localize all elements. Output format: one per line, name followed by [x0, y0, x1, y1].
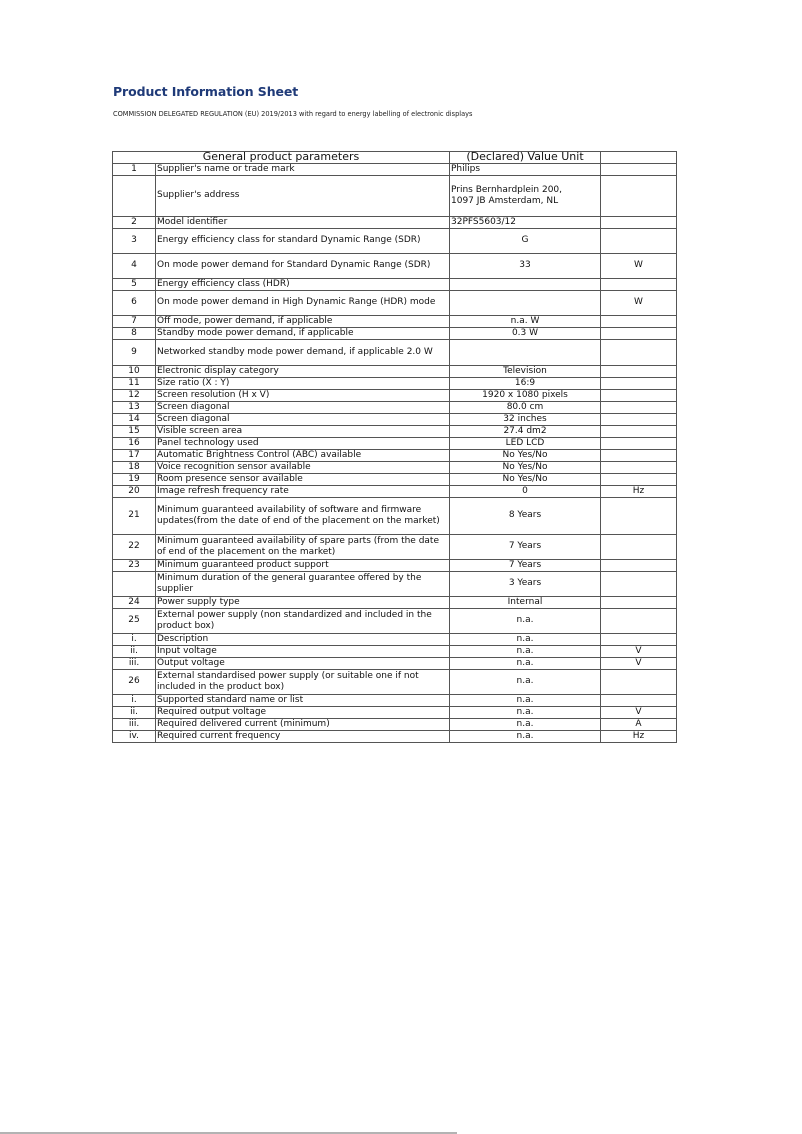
row-parameter: Required current frequency — [156, 730, 450, 742]
row-parameter: Energy efficiency class for standard Dyn… — [156, 228, 450, 253]
row-parameter: Input voltage — [156, 645, 450, 657]
row-number: iii. — [113, 718, 156, 730]
row-number: 8 — [113, 327, 156, 339]
row-parameter: Screen resolution (H x V) — [156, 389, 450, 401]
row-value: G — [450, 228, 601, 253]
row-value: 8 Years — [450, 497, 601, 534]
table-row: 17Automatic Brightness Control (ABC) ava… — [113, 449, 677, 461]
table-row: 14Screen diagonal32 inches — [113, 413, 677, 425]
row-unit — [601, 401, 677, 413]
row-parameter: External power supply (non standardized … — [156, 608, 450, 633]
table-row: Supplier's addressPrins Bernhardplein 20… — [113, 175, 677, 216]
row-number: ii. — [113, 706, 156, 718]
row-parameter: Networked standby mode power demand, if … — [156, 339, 450, 365]
row-number: 9 — [113, 339, 156, 365]
row-value: No Yes/No — [450, 449, 601, 461]
row-value: No Yes/No — [450, 461, 601, 473]
table-row: 18Voice recognition sensor availableNo Y… — [113, 461, 677, 473]
regulation-subtitle: COMMISSION DELEGATED REGULATION (EU) 201… — [113, 110, 472, 118]
row-parameter: Energy efficiency class (HDR) — [156, 278, 450, 290]
row-parameter: Supplier's address — [156, 175, 450, 216]
row-value: n.a. W — [450, 315, 601, 327]
row-parameter: Required delivered current (minimum) — [156, 718, 450, 730]
row-unit — [601, 315, 677, 327]
row-value: 3 Years — [450, 571, 601, 596]
row-value: n.a. — [450, 669, 601, 694]
row-parameter: Minimum duration of the general guarante… — [156, 571, 450, 596]
table-row: 5Energy efficiency class (HDR) — [113, 278, 677, 290]
row-value: Philips — [450, 163, 601, 175]
row-parameter: Image refresh frequency rate — [156, 485, 450, 497]
table-row: 16Panel technology usedLED LCD — [113, 437, 677, 449]
row-unit — [601, 339, 677, 365]
row-number: 14 — [113, 413, 156, 425]
row-number: 20 — [113, 485, 156, 497]
table-row: 20Image refresh frequency rate0Hz — [113, 485, 677, 497]
row-unit — [601, 559, 677, 571]
table-row: 12Screen resolution (H x V)1920 x 1080 p… — [113, 389, 677, 401]
row-unit — [601, 389, 677, 401]
row-number: ii. — [113, 645, 156, 657]
table-row: 24Power supply typeInternal — [113, 596, 677, 608]
row-number: iii. — [113, 657, 156, 669]
row-parameter: Room presence sensor available — [156, 473, 450, 485]
row-parameter: Description — [156, 633, 450, 645]
row-value: 32 inches — [450, 413, 601, 425]
row-number: 11 — [113, 377, 156, 389]
row-unit: V — [601, 706, 677, 718]
row-unit — [601, 216, 677, 228]
row-parameter: Supported standard name or list — [156, 694, 450, 706]
row-value: Prins Bernhardplein 200,1097 JB Amsterda… — [450, 175, 601, 216]
row-parameter: Minimum guaranteed product support — [156, 559, 450, 571]
table-row: 23Minimum guaranteed product support7 Ye… — [113, 559, 677, 571]
table-row: 1Supplier's name or trade markPhilips — [113, 163, 677, 175]
row-unit — [601, 461, 677, 473]
row-number: 23 — [113, 559, 156, 571]
table-row: 15Visible screen area27.4 dm2 — [113, 425, 677, 437]
row-number: 1 — [113, 163, 156, 175]
row-value: LED LCD — [450, 437, 601, 449]
row-value: 32PFS5603/12 — [450, 216, 601, 228]
row-parameter: Model identifier — [156, 216, 450, 228]
row-unit — [601, 669, 677, 694]
row-parameter: Minimum guaranteed availability of softw… — [156, 497, 450, 534]
table-row: iii.Output voltagen.a.V — [113, 657, 677, 669]
row-unit — [601, 596, 677, 608]
row-value: n.a. — [450, 633, 601, 645]
row-value — [450, 339, 601, 365]
table-row: 13Screen diagonal80.0 cm — [113, 401, 677, 413]
row-parameter: Standby mode power demand, if applicable — [156, 327, 450, 339]
row-unit — [601, 425, 677, 437]
row-unit — [601, 327, 677, 339]
table-row: 25External power supply (non standardize… — [113, 608, 677, 633]
row-value: 1920 x 1080 pixels — [450, 389, 601, 401]
table-row: i.Descriptionn.a. — [113, 633, 677, 645]
row-value: Internal — [450, 596, 601, 608]
row-number: 5 — [113, 278, 156, 290]
row-value: 33 — [450, 253, 601, 278]
row-number: 15 — [113, 425, 156, 437]
row-number: 3 — [113, 228, 156, 253]
row-value: 80.0 cm — [450, 401, 601, 413]
row-parameter: Electronic display category — [156, 365, 450, 377]
table-row: iii.Required delivered current (minimum)… — [113, 718, 677, 730]
row-number: 17 — [113, 449, 156, 461]
row-number: 18 — [113, 461, 156, 473]
row-value: Television — [450, 365, 601, 377]
row-value: n.a. — [450, 718, 601, 730]
table-row: 21Minimum guaranteed availability of sof… — [113, 497, 677, 534]
table-row: 11Size ratio (X : Y)16:9 — [113, 377, 677, 389]
row-unit: V — [601, 657, 677, 669]
row-number: iv. — [113, 730, 156, 742]
row-number: 25 — [113, 608, 156, 633]
table-row: i. Supported standard name or listn.a. — [113, 694, 677, 706]
row-number: 2 — [113, 216, 156, 228]
row-parameter: Screen diagonal — [156, 401, 450, 413]
row-number: i. — [113, 694, 156, 706]
row-number: 22 — [113, 534, 156, 559]
row-value: 7 Years — [450, 534, 601, 559]
row-unit — [601, 437, 677, 449]
row-parameter: Output voltage — [156, 657, 450, 669]
row-unit — [601, 497, 677, 534]
row-value: 7 Years — [450, 559, 601, 571]
row-unit: Hz — [601, 485, 677, 497]
row-unit — [601, 413, 677, 425]
table-row: 9Networked standby mode power demand, if… — [113, 339, 677, 365]
table-row: ii.Input voltagen.a.V — [113, 645, 677, 657]
table-row: 8Standby mode power demand, if applicabl… — [113, 327, 677, 339]
table-row: ii.Required output voltagen.a.V — [113, 706, 677, 718]
row-number: 19 — [113, 473, 156, 485]
row-number: 4 — [113, 253, 156, 278]
row-number: 10 — [113, 365, 156, 377]
row-value: n.a. — [450, 645, 601, 657]
row-parameter: Screen diagonal — [156, 413, 450, 425]
table-row: 26External standardised power supply (or… — [113, 669, 677, 694]
row-number: i. — [113, 633, 156, 645]
row-parameter: Supplier's name or trade mark — [156, 163, 450, 175]
row-parameter: Visible screen area — [156, 425, 450, 437]
row-parameter: Size ratio (X : Y) — [156, 377, 450, 389]
row-unit — [601, 365, 677, 377]
row-value: n.a. — [450, 706, 601, 718]
table-row: 6On mode power demand in High Dynamic Ra… — [113, 290, 677, 315]
row-value: n.a. — [450, 694, 601, 706]
row-parameter: Panel technology used — [156, 437, 450, 449]
row-value: 27.4 dm2 — [450, 425, 601, 437]
row-unit — [601, 228, 677, 253]
row-value: 16:9 — [450, 377, 601, 389]
row-parameter: Automatic Brightness Control (ABC) avail… — [156, 449, 450, 461]
row-unit — [601, 608, 677, 633]
row-value — [450, 290, 601, 315]
row-unit: W — [601, 253, 677, 278]
row-unit: V — [601, 645, 677, 657]
row-value — [450, 278, 601, 290]
product-parameters-table: General product parameters (Declared) Va… — [112, 151, 677, 743]
row-value: n.a. — [450, 730, 601, 742]
table-row: 7Off mode, power demand, if applicablen.… — [113, 315, 677, 327]
row-unit — [601, 473, 677, 485]
row-number: 24 — [113, 596, 156, 608]
table-row: 10Electronic display categoryTelevision — [113, 365, 677, 377]
row-parameter: On mode power demand in High Dynamic Ran… — [156, 290, 450, 315]
row-unit — [601, 278, 677, 290]
row-parameter: Required output voltage — [156, 706, 450, 718]
row-unit — [601, 377, 677, 389]
row-value: 0 — [450, 485, 601, 497]
row-value: 0.3 W — [450, 327, 601, 339]
row-number: 13 — [113, 401, 156, 413]
row-unit — [601, 449, 677, 461]
row-value: n.a. — [450, 657, 601, 669]
row-unit — [601, 534, 677, 559]
row-value: n.a. — [450, 608, 601, 633]
table-row: Minimum duration of the general guarante… — [113, 571, 677, 596]
row-parameter: External standardised power supply (or s… — [156, 669, 450, 694]
table-header-row: General product parameters (Declared) Va… — [113, 152, 677, 164]
row-unit: A — [601, 718, 677, 730]
row-parameter: Power supply type — [156, 596, 450, 608]
header-value-unit: (Declared) Value Unit — [450, 152, 601, 164]
row-number — [113, 571, 156, 596]
row-parameter: Off mode, power demand, if applicable — [156, 315, 450, 327]
table-row: 19Room presence sensor availableNo Yes/N… — [113, 473, 677, 485]
row-number: 16 — [113, 437, 156, 449]
row-value: No Yes/No — [450, 473, 601, 485]
page-title: Product Information Sheet — [113, 84, 298, 99]
table-row: 3Energy efficiency class for standard Dy… — [113, 228, 677, 253]
row-unit — [601, 694, 677, 706]
row-number: 7 — [113, 315, 156, 327]
row-unit: Hz — [601, 730, 677, 742]
row-unit — [601, 571, 677, 596]
row-unit: W — [601, 290, 677, 315]
row-number: 12 — [113, 389, 156, 401]
row-number — [113, 175, 156, 216]
row-parameter: Minimum guaranteed availability of spare… — [156, 534, 450, 559]
row-number: 26 — [113, 669, 156, 694]
row-unit — [601, 175, 677, 216]
header-parameters: General product parameters — [113, 152, 450, 164]
table-row: iv. Required current frequencyn.a.Hz — [113, 730, 677, 742]
table-row: 2Model identifier32PFS5603/12 — [113, 216, 677, 228]
row-parameter: Voice recognition sensor available — [156, 461, 450, 473]
header-empty-cell — [601, 152, 677, 164]
row-parameter: On mode power demand for Standard Dynami… — [156, 253, 450, 278]
row-number: 6 — [113, 290, 156, 315]
table-row: 4On mode power demand for Standard Dynam… — [113, 253, 677, 278]
row-number: 21 — [113, 497, 156, 534]
row-unit — [601, 163, 677, 175]
row-unit — [601, 633, 677, 645]
table-row: 22Minimum guaranteed availability of spa… — [113, 534, 677, 559]
